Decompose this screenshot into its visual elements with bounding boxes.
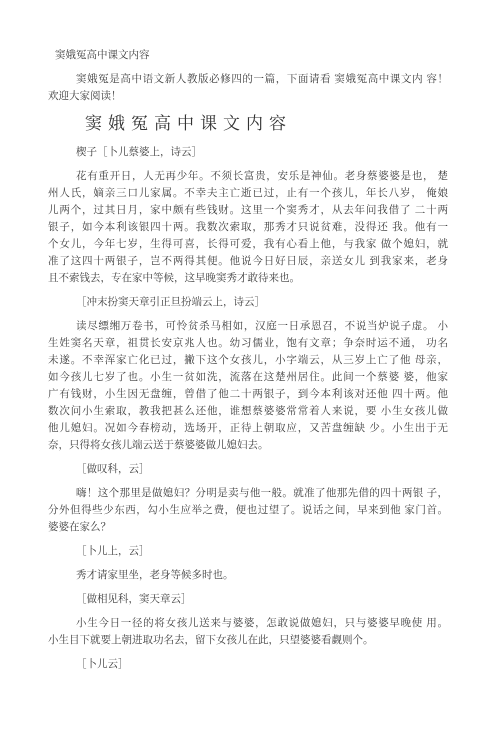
body-paragraph: 花有重开日，人无再少年。不须长富贵，安乐是神仙。老身蔡婆婆是也， 楚州人氏，嫡亲… [48,168,448,287]
text-line: 小生今日一径的将女孩儿送来与婆婆，怎敢说做媳妇，只与婆婆早晚使 用。 [48,615,448,632]
text-line: 数次问小生索取，教我把甚么还他，谁想蔡婆婆常常着人来说，要 小生女孩儿做 [48,403,448,420]
text-line: 奈，只得将女孩儿端云送于蔡婆婆做儿媳妇去。 [48,437,448,454]
text-line: 花有重开日，人无再少年。不须长富贵，安乐是神仙。老身蔡婆婆是也， 楚 [48,168,448,185]
text-line: ［做叹科，云］ [76,461,448,478]
text-line: 准了这四十两银子，岂不两得其便。他说今日好日辰，亲送女儿 到我家来，老身 [48,253,448,270]
text-line: ［卜儿云］ [76,656,448,673]
text-line: 广有钱财，小生因无盘缠，曾借了他二十两银子，到今本利该对还他 四十两。他 [48,386,448,403]
body-paragraph: 窦娥冤是高中语文新人教版必修四的一篇，下面请看 窦娥冤高中课文内 容！欢迎大家阅… [48,71,448,105]
main-heading: 窦娥冤高中课文内容 [48,112,448,136]
text-line: 婆婆在家么？ [48,519,448,536]
text-line: 窦娥冤高中课文内容 [85,112,448,136]
text-line: 小生目下就要上朝进取功名去，留下女孩儿在此，只望婆婆看觑则个。 [48,632,448,649]
text-line: 生姓窦名天章，祖贯长安京兆人也。幼习儒业，饱有文章；争奈时运不通， 功名 [48,335,448,352]
text-line: 欢迎大家阅读！ [48,88,448,105]
text-line: 分外但得些少东西，勾小生应举之费，便也过望了。说话之间，早来到他 家门首。 [48,502,448,519]
text-line: 儿两个，过其日月，家中颇有些钱财。这里一个窦秀才，从去年问我借了 二十两 [48,202,448,219]
body-paragraph: 小生今日一径的将女孩儿送来与婆婆，怎敢说做媳妇，只与婆婆早晚使 用。小生目下就要… [48,615,448,649]
text-line: 秀才请家里坐，老身等候多时也。 [48,567,448,584]
text-line: 窦娥冤高中课文内容 [55,47,448,64]
stage-direction: ［卜儿上，云］ [48,543,448,560]
stage-direction: ［做相见科，窦天章云］ [48,591,448,608]
text-line: 窦娥冤是高中语文新人教版必修四的一篇，下面请看 窦娥冤高中课文内 容！ [48,71,448,88]
text-line: 个女儿，今年七岁，生得可喜，长得可爱，我有心看上他，与我家 做个媳妇，就 [48,236,448,253]
text-line: 银子，如今本利该银四十两。我数次索取，那秀才只说贫难，没得还 我。他有一 [48,219,448,236]
stage-direction: 楔子［卜儿蔡婆上，诗云］ [48,144,448,161]
doc-title: 窦娥冤高中课文内容 [48,47,448,64]
document-content: 窦娥冤高中课文内容窦娥冤是高中语文新人教版必修四的一篇，下面请看 窦娥冤高中课文… [48,47,448,673]
stage-direction: ［冲末扮窦天章引正旦扮端云上，诗云］ [48,294,448,311]
text-line: 他儿媳妇。况如今春榜动，选场开，正待上朝取应，又苦盘缠缺 少。小生出于无 [48,420,448,437]
text-line: 楔子［卜儿蔡婆上，诗云］ [76,144,448,161]
text-line: 嗨！这个那里是做媳妇？分明是卖与他一般。就准了他那先借的四十两银 子， [48,485,448,502]
text-line: 未遂。不幸浑家亡化已过，撇下这个女孩儿，小字端云，从三岁上亡了他 母亲， [48,352,448,369]
text-line: 州人氏，嫡亲三口儿家属。不幸夫主亡逝已过，止有一个孩儿，年长八岁， 俺娘 [48,185,448,202]
text-line: ［卜儿上，云］ [76,543,448,560]
text-line: ［冲末扮窦天章引正旦扮端云上，诗云］ [76,294,448,311]
stage-direction: ［做叹科，云］ [48,461,448,478]
stage-direction: ［卜儿云］ [48,656,448,673]
body-paragraph: 嗨！这个那里是做媳妇？分明是卖与他一般。就准了他那先借的四十两银 子，分外但得些… [48,485,448,536]
document-page: 窦娥冤高中课文内容窦娥冤是高中语文新人教版必修四的一篇，下面请看 窦娥冤高中课文… [0,0,500,745]
text-line: ［做相见科，窦天章云］ [76,591,448,608]
text-line: 如今孩儿七岁了也。小生一贫如洗，流落在这楚州居住。此间一个蔡婆 婆，他家 [48,369,448,386]
text-line: 且不索钱去，专在家中等候，这早晚窦秀才敢待来也。 [48,270,448,287]
body-paragraph: 秀才请家里坐，老身等候多时也。 [48,567,448,584]
body-paragraph: 读尽缥缃万卷书，可怜贫杀马相如，汉庭一日承恩召，不说当炉说子虚。 小生姓窦名天章… [48,318,448,454]
text-line: 读尽缥缃万卷书，可怜贫杀马相如，汉庭一日承恩召，不说当炉说子虚。 小 [48,318,448,335]
